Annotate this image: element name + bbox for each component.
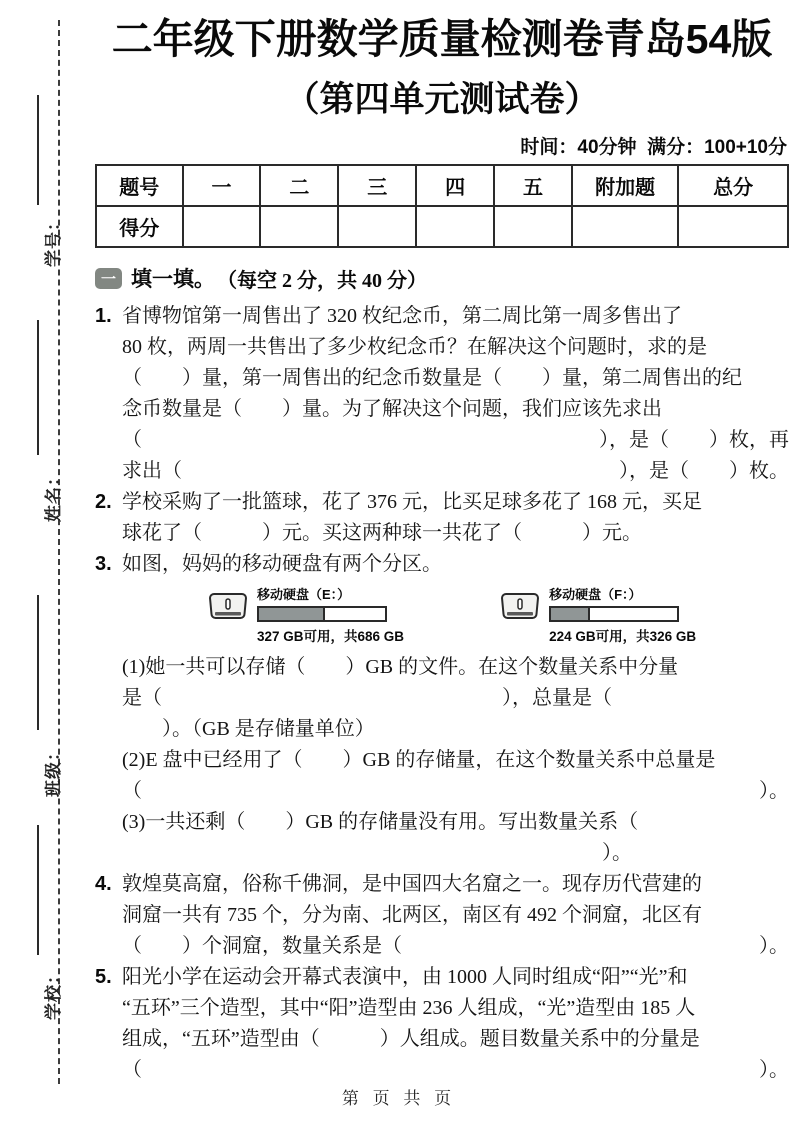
question-line: 洞窟一共有 735 个，分为南、北两区，南区有 492 个洞窟，北区有 — [122, 900, 789, 931]
drive-figures: 移动硬盘（E：）327 GB可用，共686 GB移动硬盘（F：）224 GB可用… — [208, 584, 789, 645]
blank-right: ），是（ ）枚，再 — [599, 425, 789, 456]
question-line-with-blank: （）。 — [122, 776, 789, 807]
score-header-cell: 总分 — [678, 165, 788, 206]
score-header-cell: 二 — [260, 165, 338, 206]
question-line: ）。 — [122, 838, 789, 869]
drive-capacity-text: 327 GB可用，共686 GB — [257, 625, 404, 645]
hard-drive-icon — [500, 592, 540, 627]
score-empty-cell — [494, 206, 572, 247]
question-line: 敦煌莫高窟，俗称千佛洞，是中国四大名窟之一。现存历代营建的 — [122, 869, 789, 900]
question-line: (1)她一共可以存储（ ）GB 的文件。在这个数量关系中分量 — [122, 652, 789, 683]
score-empty-cell — [678, 206, 788, 247]
score-header-cell: 一 — [183, 165, 261, 206]
margin-write-line — [37, 595, 39, 730]
margin-write-line — [37, 95, 39, 205]
drive-details: 移动硬盘（E：）327 GB可用，共686 GB — [257, 584, 404, 645]
drive-capacity-used — [551, 608, 590, 620]
time-score-info: 时间：40分钟 满分：100+10分 — [95, 132, 787, 159]
margin-field-label: 学校： — [39, 966, 64, 1020]
question-line-with-blank: 求出（），是（ ）枚。 — [122, 456, 789, 487]
blank-right: ）。 — [759, 931, 789, 962]
drive-capacity-bar — [549, 606, 679, 622]
section-one-header: 一 填一填。 （每空 2 分，共 40 分） — [95, 263, 789, 293]
question-line: 是（ ），总量是（ — [122, 683, 789, 714]
blank-left: （ — [122, 1055, 142, 1086]
question-line-with-blank: （）。 — [122, 1055, 789, 1086]
score-header-row: 题号一二三四五附加题总分 — [96, 165, 788, 206]
question: 5.阳光小学在运动会开幕式表演中，由 1000 人同时组成“阳”“光”和“五环”… — [95, 962, 789, 1086]
drive-name: 移动硬盘（F：） — [549, 584, 696, 603]
paper-subtitle: （第四单元测试卷） — [95, 72, 789, 122]
section-one-badge: 一 — [95, 268, 122, 289]
question-number: 3. — [95, 549, 122, 580]
question-number: 4. — [95, 869, 122, 900]
question-line: （ ）量，第一周售出的纪念币数量是（ ）量，第二周售出的纪 — [122, 363, 789, 394]
question: 2.学校采购了一批篮球，花了 376 元，比买足球多花了 168 元，买足球花了… — [95, 487, 789, 549]
score-header-cell: 四 — [416, 165, 494, 206]
drive-capacity-used — [259, 608, 325, 620]
margin-field-label: 姓名： — [39, 468, 64, 522]
score-table-body: 题号一二三四五附加题总分得分 — [96, 165, 788, 247]
question-line: 念币数量是（ ）量。为了解决这个问题，我们应该先求出 — [122, 394, 789, 425]
drive-details: 移动硬盘（F：）224 GB可用，共326 GB — [549, 584, 696, 645]
question-line: “五环”三个造型，其中“阳”造型由 236 人组成，“光”造型由 185 人 — [122, 993, 789, 1024]
score-header-cell: 五 — [494, 165, 572, 206]
blank-right: ），是（ ）枚。 — [619, 456, 789, 487]
drive-name: 移动硬盘（E：） — [257, 584, 404, 603]
question-number: 5. — [95, 962, 122, 993]
question-line-with-blank: （ ）个洞窟，数量关系是（）。 — [122, 931, 789, 962]
drive-capacity-bar — [257, 606, 387, 622]
drive-capacity-text: 224 GB可用，共326 GB — [549, 625, 696, 645]
score-empty-cell — [572, 206, 678, 247]
margin-dashed-divider — [58, 20, 60, 1104]
score-empty-cell — [338, 206, 416, 247]
question-body: 省博物馆第一周售出了 320 枚纪念币，第二周比第一周多售出了80 枚，两周一共… — [122, 301, 789, 487]
question: 1.省博物馆第一周售出了 320 枚纪念币，第二周比第一周多售出了80 枚，两周… — [95, 301, 789, 487]
blank-left: （ — [122, 425, 142, 456]
question-body: 阳光小学在运动会开幕式表演中，由 1000 人同时组成“阳”“光”和“五环”三个… — [122, 962, 789, 1086]
question-body: 学校采购了一批篮球，花了 376 元，比买足球多花了 168 元，买足球花了（ … — [122, 487, 789, 549]
question: 3.如图，妈妈的移动硬盘有两个分区。移动硬盘（E：）327 GB可用，共686 … — [95, 549, 789, 869]
question-body: 敦煌莫高窟，俗称千佛洞，是中国四大名窟之一。现存历代营建的洞窟一共有 735 个… — [122, 869, 789, 962]
question-line-with-blank: （），是（ ）枚，再 — [122, 425, 789, 456]
question: 4.敦煌莫高窟，俗称千佛洞，是中国四大名窟之一。现存历代营建的洞窟一共有 735… — [95, 869, 789, 962]
blank-right: ）。 — [759, 776, 789, 807]
question-body: 如图，妈妈的移动硬盘有两个分区。移动硬盘（E：）327 GB可用，共686 GB… — [122, 549, 789, 869]
paper-title: 二年级下册数学质量检测卷青岛54版 — [95, 16, 789, 63]
blank-left: （ ）个洞窟，数量关系是（ — [122, 931, 402, 962]
question-line: 学校采购了一批篮球，花了 376 元，比买足球多花了 168 元，买足 — [122, 487, 789, 518]
drive-figure: 移动硬盘（E：）327 GB可用，共686 GB — [208, 584, 404, 645]
blank-left: 求出（ — [122, 456, 182, 487]
question-line: 球花了（ ）元。买这两种球一共花了（ ）元。 — [122, 518, 789, 549]
margin-write-line — [37, 320, 39, 455]
score-header-cell: 附加题 — [572, 165, 678, 206]
question-line: 如图，妈妈的移动硬盘有两个分区。 — [122, 549, 789, 580]
page-footer: 第 页 共 页 — [0, 1084, 793, 1109]
question-line: ）。（GB 是存储量单位） — [122, 714, 789, 745]
drive-figure: 移动硬盘（F：）224 GB可用，共326 GB — [500, 584, 696, 645]
section-one-title: 填一填。 — [131, 263, 215, 293]
score-value-row: 得分 — [96, 206, 788, 247]
question-line: 阳光小学在运动会开幕式表演中，由 1000 人同时组成“阳”“光”和 — [122, 962, 789, 993]
score-header-cell: 题号 — [96, 165, 183, 206]
margin-field-label: 学号： — [39, 213, 64, 267]
score-empty-cell — [260, 206, 338, 247]
section-one-note: （每空 2 分，共 40 分） — [217, 264, 427, 293]
question-number: 1. — [95, 301, 122, 332]
score-header-cell: 三 — [338, 165, 416, 206]
blank-left: （ — [122, 776, 142, 807]
questions: 1.省博物馆第一周售出了 320 枚纪念币，第二周比第一周多售出了80 枚，两周… — [95, 301, 789, 1086]
hard-drive-icon — [208, 592, 248, 627]
blank-right: ）。 — [759, 1055, 789, 1086]
question-line: (2)E 盘中已经用了（ ）GB 的存储量，在这个数量关系中总量是 — [122, 745, 789, 776]
score-empty-cell — [183, 206, 261, 247]
score-empty-cell — [416, 206, 494, 247]
score-row-label: 得分 — [96, 206, 183, 247]
question-line: 80 枚，两周一共售出了多少枚纪念币？在解决这个问题时，求的是 — [122, 332, 789, 363]
question-line: (3)一共还剩（ ）GB 的存储量没有用。写出数量关系（ — [122, 807, 789, 838]
question-line: 省博物馆第一周售出了 320 枚纪念币，第二周比第一周多售出了 — [122, 301, 789, 332]
score-table: 题号一二三四五附加题总分得分 — [95, 164, 789, 248]
margin-field-label: 班级： — [39, 743, 64, 797]
test-paper-page: 学号：姓名：班级：学校： 二年级下册数学质量检测卷青岛54版 （第四单元测试卷）… — [0, 0, 793, 1122]
question-number: 2. — [95, 487, 122, 518]
main-content: 二年级下册数学质量检测卷青岛54版 （第四单元测试卷） 时间：40分钟 满分：1… — [95, 16, 789, 1086]
question-line: 组成，“五环”造型由（ ）人组成。题目数量关系中的分量是 — [122, 1024, 789, 1055]
margin-write-line — [37, 825, 39, 955]
